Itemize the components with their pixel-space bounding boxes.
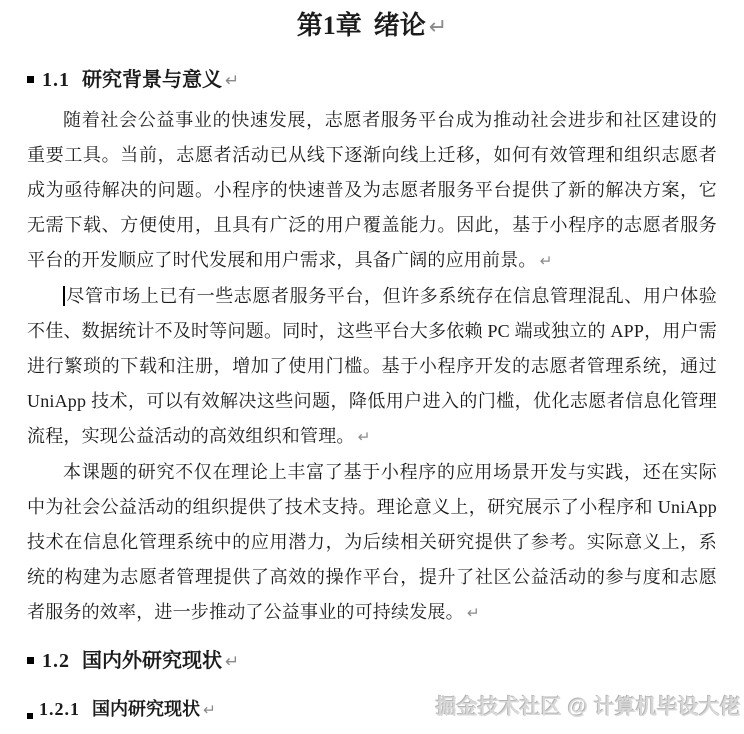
paragraph-mark-icon: ↵ (467, 604, 480, 622)
heading-number: 1.1 (42, 69, 70, 91)
heading-label: 研究背景与意义 (82, 69, 222, 91)
document-page[interactable]: 第1章绪论↵ 1.1研究背景与意义↵ 随着社会公益事业的快速发展，志愿者服务平台… (0, 0, 744, 734)
heading-number: 1.2.1 (39, 699, 80, 719)
paragraph-2[interactable]: 尽管市场上已有一些志愿者服务平台，但许多系统存在信息管理混乱、用户体验不佳、数据… (27, 279, 717, 455)
heading-1-2[interactable]: 1.2国内外研究现状↵ (27, 647, 717, 676)
paragraph-mark-icon: ↵ (429, 14, 448, 40)
paragraph-mark-icon: ↵ (225, 71, 239, 91)
chapter-number: 第1章 (297, 11, 362, 40)
paragraph-text: 尽管市场上已有一些志愿者服务平台，但许多系统存在信息管理混乱、用户体验不佳、数据… (27, 286, 717, 446)
heading-number: 1.2 (42, 650, 70, 672)
heading-style-marker-icon (27, 76, 34, 83)
paragraph-mark-icon: ↵ (540, 252, 553, 270)
paragraph-text: 本课题的研究不仅在理论上丰富了基于小程序的应用场景开发与实践，还在实际中为社会公… (27, 462, 717, 622)
heading-label: 国内外研究现状 (82, 650, 222, 672)
body-text: 随着社会公益事业的快速发展，志愿者服务平台成为推动社会进步和社区建设的重要工具。… (27, 103, 717, 631)
paragraph-mark-icon: ↵ (225, 652, 239, 672)
watermark: 掘金技术社区 @ 计算机毕设大佬 (436, 691, 741, 721)
paragraph-mark-icon: ↵ (358, 428, 371, 446)
paragraph-mark-icon: ↵ (203, 701, 216, 719)
paragraph-1[interactable]: 随着社会公益事业的快速发展，志愿者服务平台成为推动社会进步和社区建设的重要工具。… (27, 103, 717, 279)
paragraph-3[interactable]: 本课题的研究不仅在理论上丰富了基于小程序的应用场景开发与实践，还在实际中为社会公… (27, 455, 717, 631)
heading-style-marker-icon (27, 713, 33, 719)
text-cursor (63, 286, 65, 306)
heading-1-1[interactable]: 1.1研究背景与意义↵ (27, 66, 717, 95)
paragraph-text: 随着社会公益事业的快速发展，志愿者服务平台成为推动社会进步和社区建设的重要工具。… (27, 110, 717, 270)
chapter-name: 绪论 (374, 10, 426, 40)
heading-style-marker-icon (27, 657, 34, 664)
chapter-title[interactable]: 第1章绪论↵ (0, 6, 744, 46)
heading-label: 国内研究现状 (92, 699, 200, 719)
